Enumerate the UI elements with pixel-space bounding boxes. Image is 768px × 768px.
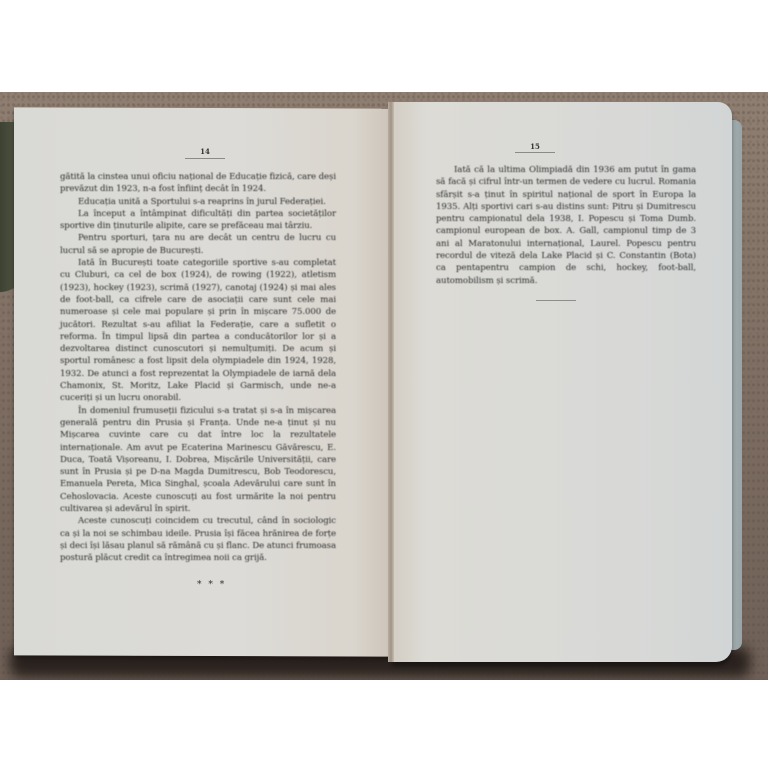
photo-scene: 14 15 gătită la cinstea unui oficiu nați…	[0, 92, 768, 680]
right-page-text: Iată că la ultima Olimpiadă din 1936 am …	[436, 164, 696, 287]
paragraph: La început a întâmpinat dificultăți din …	[60, 208, 336, 233]
paragraph: Educația unită a Sportului s-a reaprins …	[60, 196, 336, 208]
paragraph: Iată că la ultima Olimpiadă din 1936 am …	[436, 164, 696, 287]
right-header-rule	[515, 152, 555, 153]
paragraph: În domeniul frumuseții fizicului s-a tra…	[60, 405, 336, 516]
left-header-rule	[185, 158, 225, 159]
section-ornament: * * *	[197, 580, 226, 590]
end-rule	[536, 300, 576, 301]
paragraph: gătită la cinstea unui oficiu național d…	[60, 171, 336, 196]
right-page-number: 15	[520, 142, 550, 151]
left-page-number: 14	[190, 147, 220, 156]
book-spine	[388, 102, 394, 662]
paragraph: Pentru sporturi, țara nu are decât un ce…	[60, 232, 336, 257]
left-page-text: gătită la cinstea unui oficiu național d…	[60, 171, 336, 565]
paragraph: Iată în București toate categoriile spor…	[60, 257, 336, 405]
paragraph: Aceste cunoscuți coincidem cu trecutul, …	[60, 515, 336, 564]
